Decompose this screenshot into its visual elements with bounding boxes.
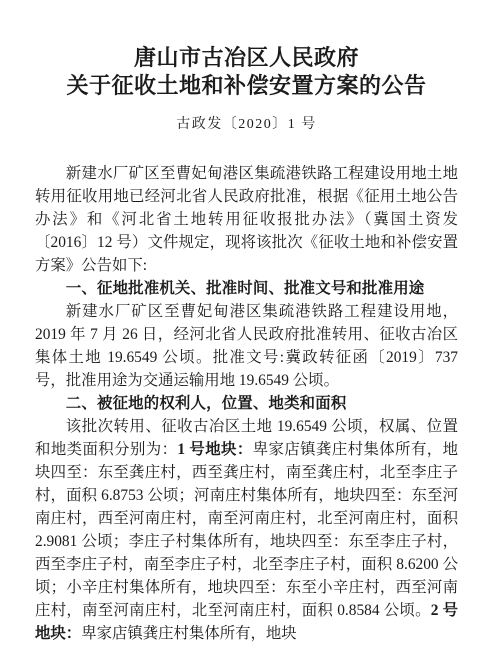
text-run: 卑家店镇龚庄村集体所有，地块四至：东至龚庄村，西至龚庄村，南至龚庄村，北至李庄子… xyxy=(35,441,458,619)
document-title: 唐山市古冶区人民政府 关于征收土地和补偿安置方案的公告 xyxy=(35,44,458,100)
bold-text-run: 一、征地批准机关、批准时间、批准文号和批准用途 xyxy=(66,280,425,297)
announcement-document: 唐山市古冶区人民政府 关于征收土地和补偿安置方案的公告 古政发〔2020〕1 号… xyxy=(0,0,490,650)
title-line-2: 关于征收土地和补偿安置方案的公告 xyxy=(35,72,458,100)
text-run: 新建水厂矿区至曹妃甸港区集疏港铁路工程建设用地，2019 年 7 月 26 日，… xyxy=(35,303,458,389)
paragraph: 新建水厂矿区至曹妃甸港区集疏港铁路工程建设用地土地转用征收用地已经河北省人民政府… xyxy=(35,162,458,277)
text-run: 卑家店镇龚庄村集体所有，地块 xyxy=(81,625,296,642)
section-heading: 一、征地批准机关、批准时间、批准文号和批准用途 xyxy=(35,277,458,300)
paragraph: 新建水厂矿区至曹妃甸港区集疏港铁路工程建设用地，2019 年 7 月 26 日，… xyxy=(35,300,458,392)
document-number: 古政发〔2020〕1 号 xyxy=(35,116,458,134)
text-run: 新建水厂矿区至曹妃甸港区集疏港铁路工程建设用地土地转用征收用地已经河北省人民政府… xyxy=(35,165,458,274)
document-body: 新建水厂矿区至曹妃甸港区集疏港铁路工程建设用地土地转用征收用地已经河北省人民政府… xyxy=(35,162,458,645)
bold-text-run: 二、被征地的权利人，位置、地类和面积 xyxy=(66,395,347,412)
title-line-1: 唐山市古冶区人民政府 xyxy=(35,44,458,72)
section-heading: 二、被征地的权利人，位置、地类和面积 xyxy=(35,392,458,415)
bold-text-run: 1 号地块： xyxy=(177,441,252,458)
paragraph: 该批次转用、征收古冶区土地 19.6549 公顷，权属、位置和地类面积分别为：1… xyxy=(35,415,458,645)
